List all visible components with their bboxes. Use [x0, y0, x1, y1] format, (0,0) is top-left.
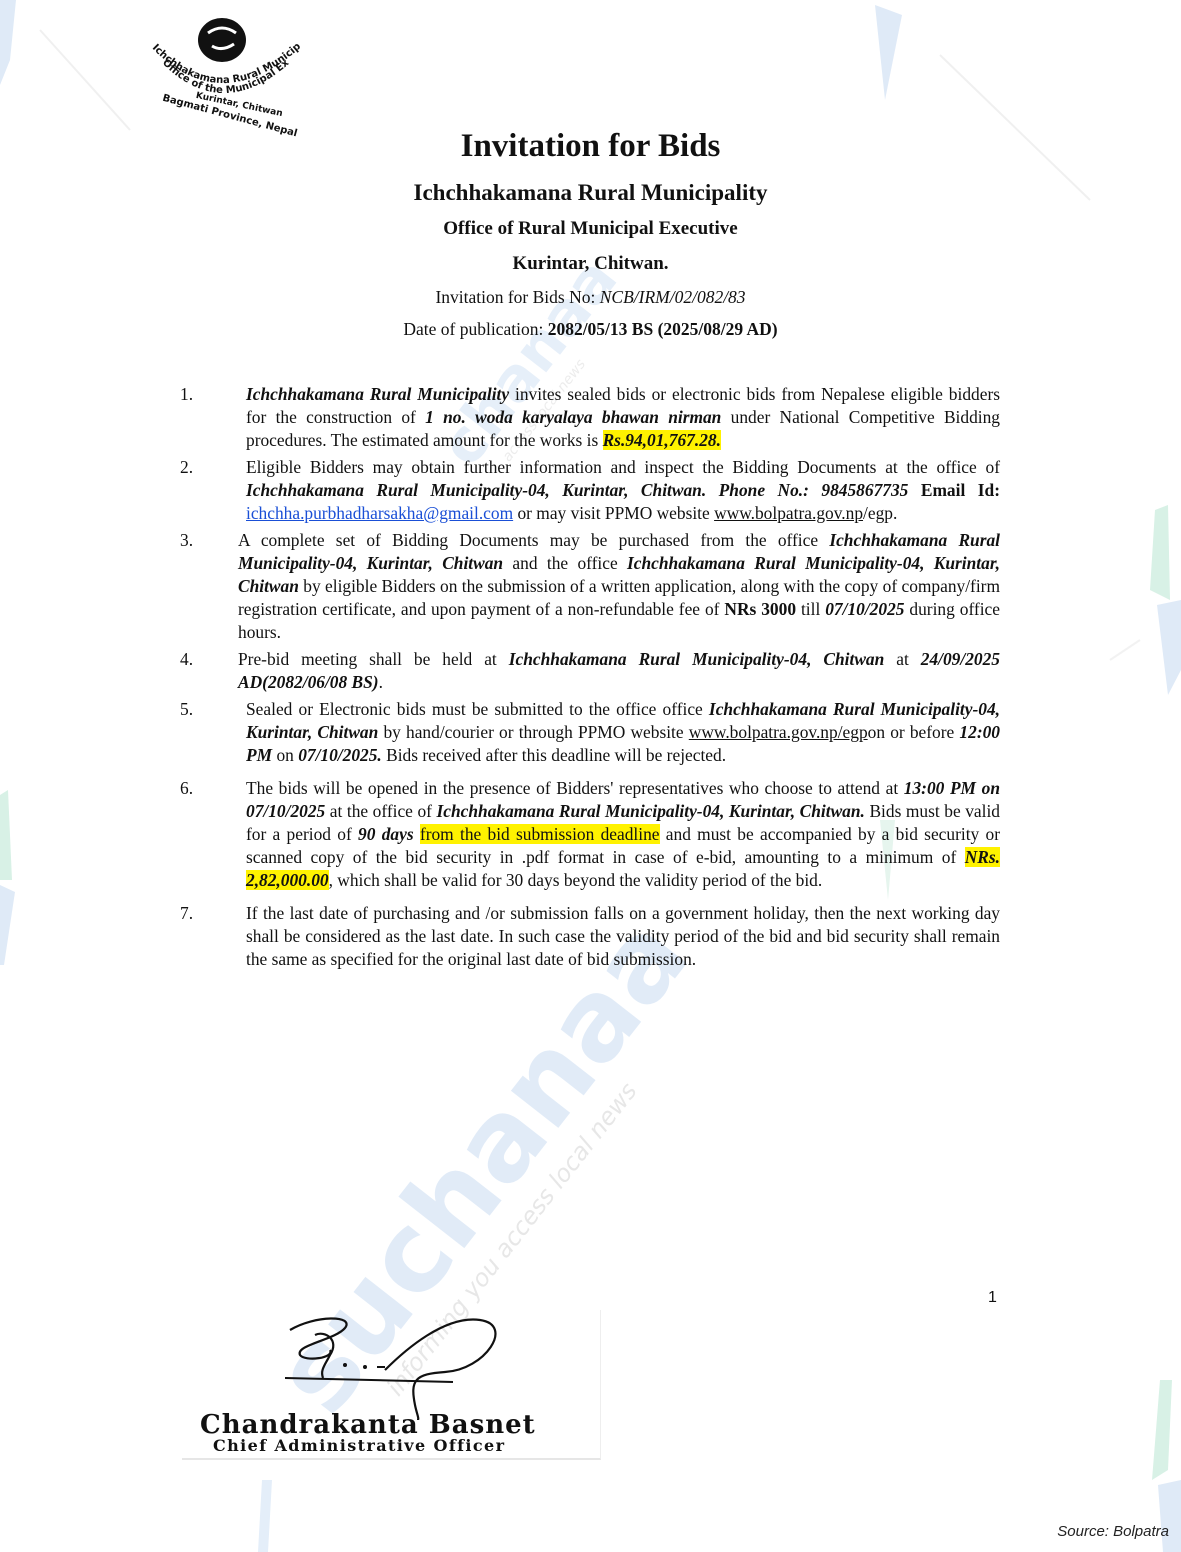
clause-number: 6. [180, 777, 246, 892]
clause-text: The bids will be opened in the presence … [246, 777, 1000, 892]
office-location: Kurintar, Chitwan. [0, 253, 1181, 275]
clause-number: 5. [180, 698, 246, 767]
ifb-number: NCB/IRM/02/082/83 [600, 287, 746, 307]
clause-6: 6. The bids will be opened in the presen… [180, 777, 1000, 892]
clause-number: 1. [180, 383, 246, 452]
office-name: Office of Rural Municipal Executive [0, 218, 1181, 240]
clause-1: 1. Ichchhakamana Rural Municipality invi… [180, 383, 1000, 452]
submission-deadline: 07/10/2025. [298, 745, 382, 765]
clause-text: Ichchhakamana Rural Municipality invites… [246, 383, 1000, 452]
clause-list: 1. Ichchhakamana Rural Municipality invi… [180, 383, 1000, 975]
organization-name: Ichchhakamana Rural Municipality [0, 180, 1181, 206]
signatory-title: Chief Administrative Officer [213, 1436, 505, 1455]
clause-number: 2. [180, 456, 246, 525]
estimated-amount: Rs.94,01,767.28. [603, 430, 721, 450]
clause-number: 7. [180, 902, 246, 971]
clause-text: Sealed or Electronic bids must be submit… [246, 698, 1000, 767]
clause-text: Eligible Bidders may obtain further info… [246, 456, 1000, 525]
municipal-seal-logo: Ichchhakamana Rural Municipality Office … [140, 8, 310, 138]
clause-4: 4. Pre-bid meeting shall be held at Ichc… [180, 648, 1000, 694]
ifb-number-line: Invitation for Bids No: NCB/IRM/02/082/8… [0, 287, 1181, 308]
clause-text: If the last date of purchasing and /or s… [246, 902, 1000, 971]
clause-text: A complete set of Bidding Documents may … [238, 529, 1000, 644]
clause-text: Pre-bid meeting shall be held at Ichchha… [238, 648, 1000, 694]
email-link[interactable]: ichchha.purbhadharsakha@gmail.com [246, 503, 513, 523]
document-fee: NRs 3000 [724, 599, 796, 619]
publication-date-label: Date of publication: [403, 319, 547, 339]
page-number: 1 [988, 1289, 997, 1307]
clause-number: 3. [180, 529, 238, 644]
ppmo-website-link[interactable]: www.bolpatra.gov.np [714, 503, 863, 523]
publication-date: 2082/05/13 BS (2025/08/29 AD) [548, 319, 778, 339]
clause-3: 3. A complete set of Bidding Documents m… [180, 529, 1000, 644]
publication-date-line: Date of publication: 2082/05/13 BS (2025… [0, 319, 1181, 340]
document-title: Invitation for Bids [0, 128, 1181, 165]
clause-7: 7. If the last date of purchasing and /o… [180, 902, 1000, 971]
clause-2: 2. Eligible Bidders may obtain further i… [180, 456, 1000, 525]
ifb-number-label: Invitation for Bids No: [435, 287, 599, 307]
clause-5: 5. Sealed or Electronic bids must be sub… [180, 698, 1000, 767]
egp-website-link[interactable]: www.bolpatra.gov.np/egp [689, 722, 868, 742]
clause-number: 4. [180, 648, 238, 694]
source-credit: Source: Bolpatra [1057, 1523, 1169, 1540]
highlighted-validity: from the bid submission deadline [420, 824, 660, 844]
